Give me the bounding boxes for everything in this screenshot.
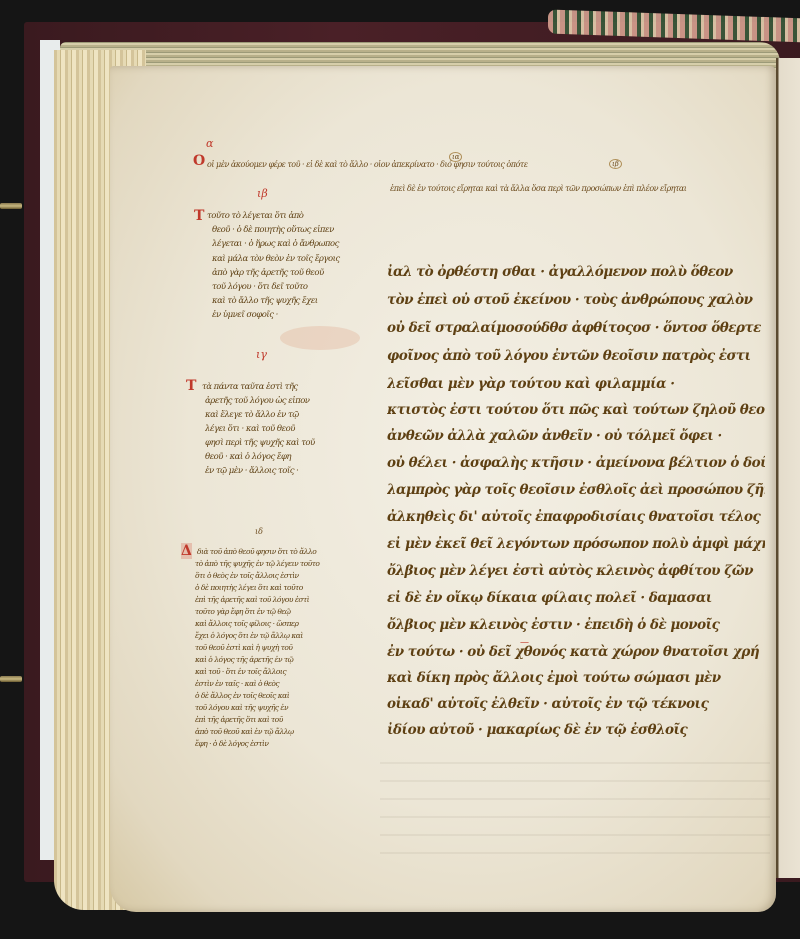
header-line: οἱ μὲν ἀκούομεν φέρε τοῦ · εἰ δὲ καὶ τὸ …: [207, 160, 767, 169]
main-text-line: ἰδίου αὐτοῦ · μακαρίως δὲ ἐν τῷ ἐσθλοῖς: [387, 722, 765, 738]
scholion-line: καὶ μάλα τὸν θεὸν ἐν τοῖς ἔργοις: [212, 254, 364, 264]
scholion-marker: ιδ: [255, 527, 263, 536]
scholion-line: ἔχει ὁ λόγος ὅτι ἐν τῷ ἄλλῳ καὶ: [195, 631, 352, 640]
main-text-line: ἀνθεῶν ἀλλὰ χαλῶν ἀνθεῖν · οὐ τόλμεῖ ὄφε…: [387, 428, 727, 444]
scholion-line: καὶ τοῦ · ὅτι ἐν τοῖς ἄλλοις: [195, 667, 352, 676]
scholion-line: ἐν ὑμνεῖ σοφοῖς ·: [212, 310, 332, 320]
main-text-line: οἰκαδ' αὐτοῖς ἐλθεῖν · αὐτοῖς ἐν τῷ τέκν…: [387, 696, 765, 712]
header-section-marker: α: [206, 137, 213, 150]
scholion-line: ἔφη · ὁ δὲ λόγος ἐστὶν: [195, 739, 345, 748]
clasp-upper: [0, 203, 22, 209]
main-text-line: ὄλβιος μὲν κλεινὸς ἐστιν · ἐπειδὴ ὁ δὲ μ…: [387, 617, 765, 633]
scholion-line: ὅτι ὁ θεὸς ἐν τοῖς ἄλλοις ἐστὶν: [195, 571, 352, 580]
main-text-line: κτιστὸς ἐστι τούτου ὅτι πῶς καὶ τούτων ζ…: [387, 402, 765, 418]
scholion-line: λέγει ὅτι · καὶ τοῦ θεοῦ: [205, 424, 360, 434]
scholion-line: τὸ ἀπὸ τῆς ψυχῆς ἐν τῷ λέγειν τοῦτο: [195, 559, 352, 568]
scholion-marker: ιβ: [257, 187, 268, 200]
main-text-line: καὶ δίκη πρὸς ἄλλοις ἐμοὶ τούτω σώμασι μ…: [387, 670, 765, 686]
main-text-line: εἰ δὲ ἐν οἴκῳ δίκαια φίλαις πολεῖ · δαμα…: [387, 590, 765, 606]
scholion-line: ἐπὶ τῆς ἀρετῆς καὶ τοῦ λόγου ἐστὶ: [195, 595, 352, 604]
scholion-line: τοῦτο γὰρ ἔφη ὅτι ἐν τῷ θεῷ: [195, 607, 352, 616]
facing-page-edge: [776, 58, 800, 878]
main-text-line: ὄλβιος μὲν λέγει ἐστὶ αὐτὸς κλεινὸς ἀφθί…: [387, 563, 765, 579]
scholion-line: καὶ τὸ ἄλλο τῆς ψυχῆς ἔχει: [212, 296, 364, 306]
scholion-line: ἀπὸ τοῦ θεοῦ καὶ ἐν τῷ ἄλλῳ: [195, 727, 352, 736]
main-text-line: εἰ μὲν ἐκεῖ θεῖ λεγόντων πρόσωπον πολὺ ἀ…: [387, 536, 765, 552]
scholion-line: ἀπὸ γὰρ τῆς ἀρετῆς τοῦ θεοῦ: [212, 268, 364, 278]
scholion-line: ἐν τῷ μὲν · ἄλλοις τοῖς ·: [205, 466, 360, 476]
main-text-line: οὐ δεῖ στραλαίμοσούδθσ ἀφθίτοςοσ · ὅντοσ…: [387, 320, 765, 336]
rubric-mark: —: [520, 638, 529, 648]
scholion-line: φησὶ περὶ τῆς ψυχῆς καὶ τοῦ: [205, 438, 360, 448]
scholion-line: ὁ δὲ ἄλλος ἐν τοῖς θεοῖς καὶ: [195, 691, 352, 700]
main-text-line: ἀλκηθεὶς δι' αὐτοῖς ἐπαφροδισίαις θνατοῖ…: [387, 509, 765, 525]
scholion-line: ἀρετῆς τοῦ λόγου ὡς εἶπον: [205, 396, 360, 406]
main-text-line: τὸν ἐπεὶ οὐ στοῦ ἐκείνου · τοὺς ἀνθρώπου…: [387, 292, 765, 308]
main-text-line: οὐ θέλει · ἀσφαλὴς κτῆσιν · ἀμείνονα βέλ…: [387, 455, 765, 471]
scholion-line: θεοῦ · ὁ δὲ ποιητὴς οὕτως εἶπεν: [212, 225, 364, 235]
scholion-line: ὁ δὲ ποιητὴς λέγει ὅτι καὶ τοῦτο: [195, 583, 352, 592]
scholion-line: τοῦ λόγου · ὅτι δεῖ τοῦτο: [212, 282, 364, 292]
scholion-line: τοῦτο τὸ λέγεται ὅτι ἀπὸ: [207, 211, 363, 221]
main-text-line: λαμπρὸς γὰρ τοῖς θεοῖσιν ἐσθλοῖς ἀεὶ προ…: [387, 482, 765, 498]
main-text-line: φοῖνος ἀπὸ τοῦ λόγου ἐντῶν θεοῖσιν πατρὸ…: [387, 348, 762, 364]
scholion-marker: ιγ: [256, 348, 267, 361]
show-through-text: [380, 746, 770, 866]
main-text-line: λεῖσθαι μὲν γὰρ τούτου καὶ φιλαμμία ·: [387, 376, 712, 392]
scholion-line: λέγεται · ὁ ἥρως καὶ ὁ ἄνθρωπος: [212, 239, 364, 249]
scholion-initial: Τ: [186, 378, 196, 394]
main-text-line: ἰαλ τὸ ὀρθέστη σθαι · ἀγαλλόμενον πολὺ ὅ…: [387, 264, 737, 280]
clasp-lower: [0, 676, 22, 682]
scholion-line: ἐστὶν ἐν ταῖς · καὶ ὁ θεὸς: [195, 679, 352, 688]
scholion-line: ἐπὶ τῆς ἀρετῆς ὅτι καὶ τοῦ: [195, 715, 352, 724]
scholion-line: διὰ τοῦ ἀπὸ θεοῦ φησιν ὅτι τὸ ἄλλο: [197, 547, 352, 556]
scholion-line: τοῦ λόγου καὶ τῆς ψυχῆς ἐν: [195, 703, 352, 712]
scholion-line: καὶ ὁ λόγος τῆς ἀρετῆς ἐν τῷ: [195, 655, 352, 664]
scholion-line: θεοῦ · καὶ ὁ λόγος ἔφη: [205, 452, 360, 462]
scholion-initial: Τ: [194, 208, 204, 224]
header-line: ἐπεὶ δὲ ἐν τούτοις εἴρηται καὶ τὰ ἄλλα ὅ…: [390, 184, 765, 193]
scholion-line: καὶ ἄλλοις τοῖς φίλοις · ὥσπερ: [195, 619, 352, 628]
scholion-line: τὰ πάντα ταῦτα ἐστὶ τῆς: [202, 382, 360, 392]
scholion-initial: Δ: [181, 543, 192, 559]
header-initial: Ο: [193, 153, 205, 169]
main-text-line: ἐν τούτω · οὐ δεῖ χθονός κατὰ χώρον θνατ…: [387, 644, 765, 660]
scholion-line: καὶ ἔλεγε τὸ ἄλλο ἐν τῷ: [205, 410, 360, 420]
ink-stain: [280, 326, 360, 350]
scholion-line: τοῦ θεοῦ ἐστὶ καὶ ἡ ψυχὴ τοῦ: [195, 643, 352, 652]
